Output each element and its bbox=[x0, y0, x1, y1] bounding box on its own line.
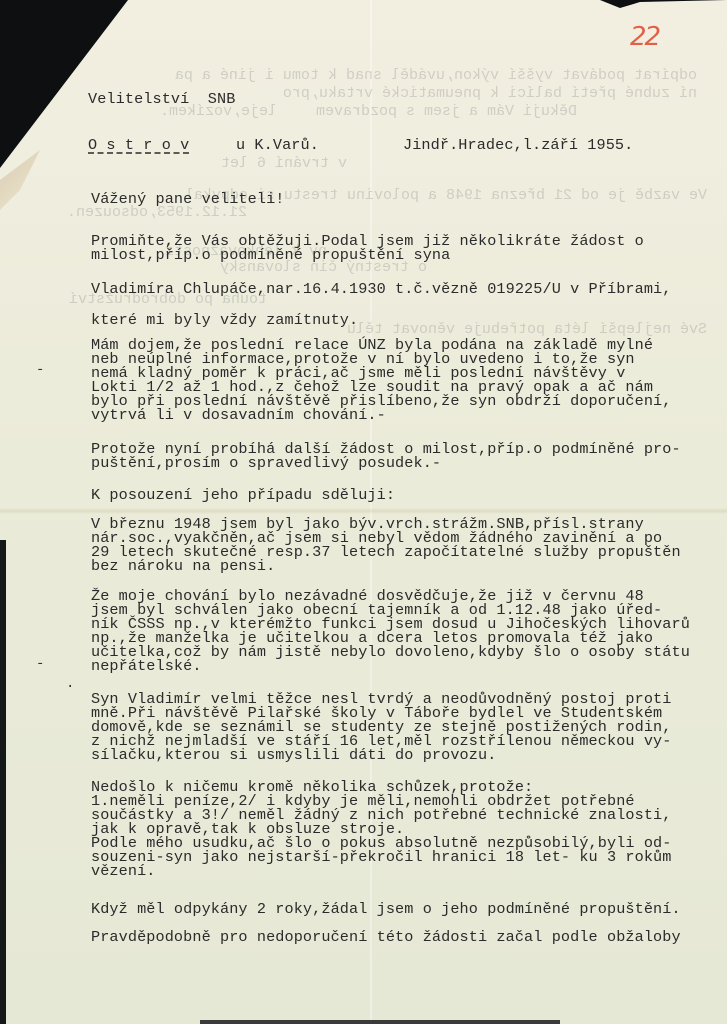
margin-mark: . bbox=[66, 676, 74, 692]
bleed-line: v trvání 6 let bbox=[221, 156, 347, 172]
body-line: bez nároku na pensi. bbox=[91, 559, 275, 574]
body-line: vězení. bbox=[91, 864, 156, 879]
sender-location: O s t r o v bbox=[88, 138, 189, 153]
body-line: Když měl odpykány 2 roky,žádal jsem o je… bbox=[91, 902, 681, 917]
bottom-edge-shadow bbox=[200, 1020, 560, 1024]
margin-mark: - bbox=[36, 362, 44, 378]
margin-mark: - bbox=[36, 656, 44, 672]
sender-office: Velitelství SNB bbox=[88, 92, 235, 107]
bleed-line: ní zubné přetí balíci k pneumatické vrta… bbox=[283, 86, 697, 102]
body-line: milost,příp.o podmíněné propuštění syna bbox=[91, 248, 450, 263]
body-line: Pravděpodobně pro nedoporučení této žádo… bbox=[91, 930, 681, 945]
body-line: vytrvá li v dosavadním chování.- bbox=[91, 408, 386, 423]
body-line: Vladimíra Chlupáče,nar.16.4.1930 t.č.věz… bbox=[91, 282, 671, 297]
body-line: K posouzení jeho případu sděluji: bbox=[91, 488, 395, 503]
body-line: které mi byly vždy zamítnuty. bbox=[91, 313, 358, 328]
body-line: nepřátelské. bbox=[91, 659, 202, 674]
body-line: souzeni-syn jako nejstarší-překročil hra… bbox=[91, 850, 671, 865]
body-line: sílačku,kterou si usmyslili dáti do prov… bbox=[91, 748, 496, 763]
bleed-line: odpírat podávat vyšší výkon,uváděl snad … bbox=[175, 68, 697, 84]
page-number-annotation: 22 bbox=[630, 22, 659, 52]
salutation: Vážený pane veliteli! bbox=[91, 192, 285, 207]
bleed-line: Děkuji Vám a jsem s pozdravem bbox=[316, 104, 577, 120]
sender-location-suffix: u K.Varů. bbox=[236, 138, 319, 153]
body-line: puštění,prosím o spravedlivý posudek.- bbox=[91, 456, 441, 471]
place-and-date: Jindř.Hradec,l.září 1955. bbox=[403, 138, 633, 153]
